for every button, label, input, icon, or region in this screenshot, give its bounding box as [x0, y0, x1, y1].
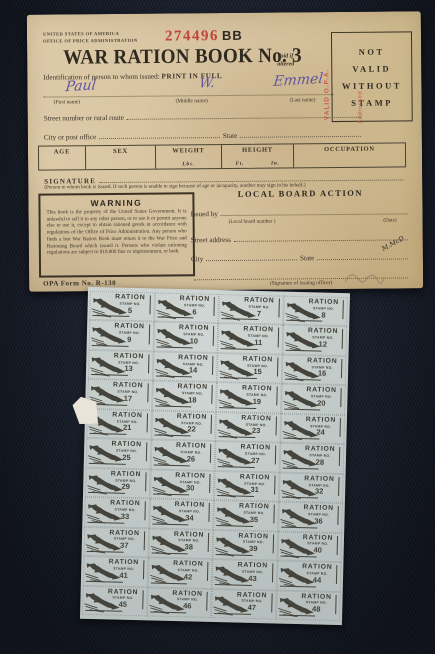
stamp-number: 14: [176, 366, 210, 374]
ration-stamp: RATION STAMP NO. 5: [90, 292, 153, 321]
in-unit-label: In.: [271, 161, 280, 167]
stamp-number: 47: [235, 604, 269, 612]
stamp-number: 13: [112, 365, 146, 373]
ration-stamp: RATION STAMP NO. 9: [90, 321, 153, 350]
ration-stamp: RATION STAMP NO. 15: [218, 354, 281, 383]
ration-stamp: RATION STAMP NO. 26: [151, 441, 214, 470]
ration-stamp: RATION STAMP NO. 31: [215, 472, 278, 501]
stamp-text: RATION STAMP NO. 10: [177, 325, 214, 345]
agency-line-2: OFFICE OF PRICE ADMINISTRATION: [43, 38, 138, 46]
stamp-number: 46: [170, 602, 204, 610]
height-column: HEIGHT Ft.In.: [221, 144, 293, 168]
ration-stamp: RATION STAMP NO. 28: [280, 444, 343, 473]
stamp-number: 28: [303, 458, 337, 466]
stamp-number: 38: [172, 543, 206, 551]
ration-stamp: RATION STAMP NO. 37: [85, 527, 148, 556]
stamp-brand-label: RATION: [112, 353, 146, 361]
stamp-number: 15: [240, 368, 274, 376]
sex-column: SEX: [85, 146, 155, 170]
stamp-text: RATION STAMP NO. 24: [304, 417, 341, 437]
ration-stamp: RATION STAMP NO. 14: [153, 352, 216, 381]
stamp-text: RATION STAMP NO. 23: [239, 415, 276, 435]
stamp-text: RATION STAMP NO. 12: [306, 329, 343, 349]
ration-stamp-sheet: RATION STAMP NO. 5 RATION STAMP NO. 6: [80, 287, 350, 625]
ration-stamp: RATION STAMP NO. 29: [86, 469, 149, 498]
stamp-number: 48: [299, 605, 333, 613]
photo-background: UNITED STATES OF AMERICA OFFICE OF PRICE…: [0, 0, 435, 654]
stamp-number: 19: [240, 398, 274, 406]
first-name-label: (First name): [54, 99, 81, 105]
stamp-text: RATION STAMP NO. 46: [170, 590, 207, 610]
ration-stamp: RATION STAMP NO. 40: [278, 532, 341, 561]
stamp-text: RATION STAMP NO. 33: [108, 501, 145, 521]
stamp-text: RATION STAMP NO. 29: [109, 471, 146, 491]
date-label: (Date): [383, 218, 396, 224]
stamp-text: RATION STAMP NO. 13: [112, 353, 149, 373]
warning-body: This book is the property of the United …: [46, 208, 186, 256]
occupation-column: OCCUPATION: [293, 143, 405, 167]
stamp-text: RATION STAMP NO. 48: [299, 594, 336, 614]
stamp-number: 22: [175, 425, 209, 433]
warning-box: WARNING This book is the property of the…: [38, 192, 195, 277]
ration-stamp: RATION STAMP NO. 16: [282, 356, 345, 385]
stamp-brand-label: RATION: [238, 474, 272, 482]
name-dotted-line: [43, 84, 333, 98]
ration-stamp: RATION STAMP NO. 48: [277, 591, 340, 620]
stamp-number: 42: [171, 573, 205, 581]
stamp-number: 32: [302, 487, 336, 495]
stamp-text: RATION STAMP NO. 16: [305, 358, 342, 378]
stamp-text: RATION STAMP NO. 9: [112, 324, 149, 344]
stamp-number: 5: [113, 306, 147, 314]
ration-stamp: RATION STAMP NO. 22: [152, 411, 215, 440]
stamp-number: 30: [173, 484, 207, 492]
pencil-scribble: [343, 268, 385, 288]
board-city-state-field: City State: [191, 250, 411, 263]
warning-title: WARNING: [46, 197, 186, 208]
stamp-number: 16: [305, 370, 339, 378]
stamp-number: 18: [175, 396, 209, 404]
ration-stamp: RATION STAMP NO. 33: [85, 498, 148, 527]
stamp-brand-label: RATION: [176, 355, 210, 363]
ration-stamp: RATION STAMP NO. 12: [283, 326, 346, 355]
serial-digits: 274496: [165, 28, 219, 44]
stamp-number: 8: [306, 311, 340, 319]
issued-by-field: Issued by: [190, 205, 410, 218]
stamp-number: 39: [236, 545, 270, 553]
stamp-brand-label: RATION: [110, 412, 144, 420]
stamp-brand-label: RATION: [175, 414, 209, 422]
board-state-dotted-line: [317, 250, 408, 260]
board-street-dotted-line: [234, 231, 408, 242]
stamp-text: RATION STAMP NO. 43: [235, 563, 272, 583]
ration-stamp: RATION STAMP NO. 36: [279, 503, 342, 532]
middle-name-label: (Middle name): [176, 98, 208, 104]
stamp-number: 26: [174, 455, 208, 463]
ration-stamp: RATION STAMP NO. 42: [148, 558, 211, 587]
stamp-text: RATION STAMP NO. 44: [300, 564, 337, 584]
stamp-text: RATION STAMP NO. 19: [240, 386, 277, 406]
lbs-unit-label: Lbs.: [182, 161, 195, 167]
stamp-text: RATION STAMP NO. 32: [302, 476, 339, 496]
ration-stamp: RATION STAMP NO. 32: [279, 473, 342, 502]
stamp-text: RATION STAMP NO. 26: [174, 443, 211, 463]
ration-book-cover: UNITED STATES OF AMERICA OFFICE OF PRICE…: [27, 11, 423, 291]
signature-dotted-line: [99, 171, 403, 183]
state-dotted-line: [240, 128, 361, 138]
ration-stamp: RATION STAMP NO. 43: [213, 560, 276, 589]
age-column: AGE: [39, 146, 85, 169]
ration-stamp: RATION STAMP NO. 25: [87, 439, 150, 468]
stamp-number: 6: [177, 308, 211, 316]
ration-stamp: RATION STAMP NO. 45: [83, 586, 146, 615]
ration-stamp: RATION STAMP NO. 44: [277, 562, 340, 591]
stamp-number: 37: [107, 542, 141, 550]
ration-stamp: RATION STAMP NO. 13: [89, 351, 152, 380]
stamp-text: RATION STAMP NO. 18: [175, 384, 212, 404]
ration-stamp: RATION STAMP NO. 46: [148, 588, 211, 617]
stamp-number: 40: [301, 546, 335, 554]
local-board-title: LOCAL BOARD ACTION: [190, 187, 410, 199]
stamp-brand-label: RATION: [302, 476, 336, 484]
void-if-altered-note: Void if altered: [277, 52, 319, 69]
ration-stamp: RATION STAMP NO. 27: [216, 442, 279, 471]
stamp-brand-label: RATION: [305, 358, 339, 366]
stamp-text: RATION STAMP NO. 5: [113, 294, 150, 314]
stamp-number: 11: [241, 339, 275, 347]
stamp-text: RATION STAMP NO. 6: [177, 296, 214, 316]
ration-stamp: RATION STAMP NO. 41: [84, 557, 147, 586]
ration-stamp: RATION STAMP NO. 17: [88, 380, 151, 409]
stamp-number: 10: [177, 337, 211, 345]
ration-stamp: RATION STAMP NO. 18: [153, 382, 216, 411]
serial-number: 274496BB: [165, 28, 243, 46]
stamp-number: 36: [301, 517, 335, 525]
stamp-text: RATION STAMP NO. 8: [306, 299, 343, 319]
ration-stamp: RATION STAMP NO. 20: [282, 385, 345, 414]
city-field: City or post office State: [44, 128, 364, 142]
stamp-number: 41: [106, 571, 140, 579]
stamp-number: 43: [235, 574, 269, 582]
stamp-text: RATION STAMP NO. 35: [237, 504, 274, 524]
book-title: WAR RATION BOOK No. 3: [63, 44, 302, 70]
weight-column: WEIGHT Lbs.: [155, 145, 221, 169]
stamp-number: 20: [304, 399, 338, 407]
stamp-number: 7: [242, 309, 276, 317]
ration-stamp: RATION STAMP NO. 6: [155, 293, 218, 322]
stamp-brand-label: RATION: [241, 357, 275, 365]
stamp-text: RATION STAMP NO. 25: [109, 442, 146, 462]
stamp-text: RATION STAMP NO. 40: [301, 535, 338, 555]
stamp-brand-label: RATION: [239, 415, 273, 423]
stamp-text: RATION STAMP NO. 20: [304, 388, 341, 408]
city-label: City or post office: [44, 133, 96, 141]
stamp-number: 31: [238, 486, 272, 494]
id-table: AGE SEX WEIGHT Lbs. HEIGHT Ft.In. OCCUPA…: [38, 142, 406, 170]
agency-lines: UNITED STATES OF AMERICA OFFICE OF PRICE…: [43, 31, 138, 46]
stamp-number: 23: [239, 427, 273, 435]
stamp-number: 27: [238, 456, 272, 464]
stamp-text: RATION STAMP NO. 21: [110, 412, 147, 432]
stamp-text: RATION STAMP NO. 45: [106, 589, 143, 609]
stamp-text: RATION STAMP NO. 17: [111, 383, 148, 403]
stamp-number: 44: [300, 576, 334, 584]
stamp-number: 21: [110, 424, 144, 432]
issued-by-sublabels: (Local board number ) (Date): [229, 218, 397, 225]
ration-stamp: RATION STAMP NO. 35: [214, 501, 277, 530]
stamp-text: RATION STAMP NO. 15: [240, 357, 277, 377]
stamp-text: RATION STAMP NO. 11: [241, 327, 278, 347]
city-dotted-line: [99, 129, 220, 139]
issued-by-dotted-line: [221, 205, 408, 216]
street-dotted-line: [127, 109, 361, 120]
stamp-text: RATION STAMP NO. 14: [176, 355, 213, 375]
stamp-text: RATION STAMP NO. 41: [106, 559, 143, 579]
ration-stamp: RATION STAMP NO. 7: [219, 295, 282, 324]
ration-stamp: RATION STAMP NO. 19: [217, 383, 280, 412]
stamp-text: RATION STAMP NO. 38: [172, 532, 209, 552]
stamp-text: RATION STAMP NO. 28: [303, 446, 340, 466]
stamp-number: 34: [172, 514, 206, 522]
stamp-number: 9: [112, 335, 146, 343]
ration-stamp: RATION STAMP NO. 8: [284, 297, 347, 326]
ration-stamp: RATION STAMP NO. 34: [150, 500, 213, 529]
stamp-brand-label: RATION: [109, 471, 143, 479]
ft-unit-label: Ft.: [235, 161, 244, 167]
stamp-text: RATION STAMP NO. 36: [301, 505, 338, 525]
local-board-number-label: (Local board number ): [229, 219, 276, 225]
stamp-text: RATION STAMP NO. 30: [173, 473, 210, 493]
stamp-number: 35: [237, 515, 271, 523]
stamp-number: 25: [109, 453, 143, 461]
stamp-number: 17: [111, 394, 145, 402]
board-street-field: Street address: [191, 231, 411, 244]
stamp-text: RATION STAMP NO. 34: [172, 502, 209, 522]
local-board-action-section: LOCAL BOARD ACTION Issued by (Local boar…: [190, 187, 411, 287]
stamp-number: 29: [109, 483, 143, 491]
street-field: Street number or rural route: [44, 109, 364, 123]
ration-stamp: RATION STAMP NO. 11: [219, 325, 282, 354]
stamp-text: RATION STAMP NO. 42: [171, 561, 208, 581]
stamp-number: 24: [304, 429, 338, 437]
stamp-brand-label: RATION: [304, 417, 338, 425]
stamp-number: 12: [306, 340, 340, 348]
stamp-number: 45: [106, 600, 140, 608]
stamp-text: RATION STAMP NO. 22: [175, 414, 212, 434]
stamp-number: 33: [108, 512, 142, 520]
stamp-text: RATION STAMP NO. 7: [242, 298, 279, 318]
ration-stamp: RATION STAMP NO. 47: [212, 590, 275, 619]
stamp-text: RATION STAMP NO. 31: [238, 474, 275, 494]
ration-stamp: RATION STAMP NO. 38: [149, 529, 212, 558]
stamp-text: RATION STAMP NO. 47: [235, 592, 272, 612]
stamp-text: RATION STAMP NO. 37: [107, 530, 144, 550]
state-label: State: [223, 132, 237, 140]
stamp-text: RATION STAMP NO. 39: [236, 533, 273, 553]
street-label: Street number or rural route: [44, 114, 124, 123]
stamp-text: RATION STAMP NO. 27: [238, 445, 275, 465]
serial-suffix: BB: [222, 28, 243, 43]
ration-stamp: RATION STAMP NO. 10: [154, 323, 217, 352]
ration-stamp: RATION STAMP NO. 30: [150, 470, 213, 499]
ration-stamp: RATION STAMP NO. 24: [281, 414, 344, 443]
ration-stamp: RATION STAMP NO. 39: [214, 531, 277, 560]
board-city-dotted-line: [206, 251, 297, 261]
ration-stamp: RATION STAMP NO. 23: [216, 413, 279, 442]
stamp-brand-label: RATION: [173, 473, 207, 481]
last-name-label: (Last name): [290, 97, 316, 103]
